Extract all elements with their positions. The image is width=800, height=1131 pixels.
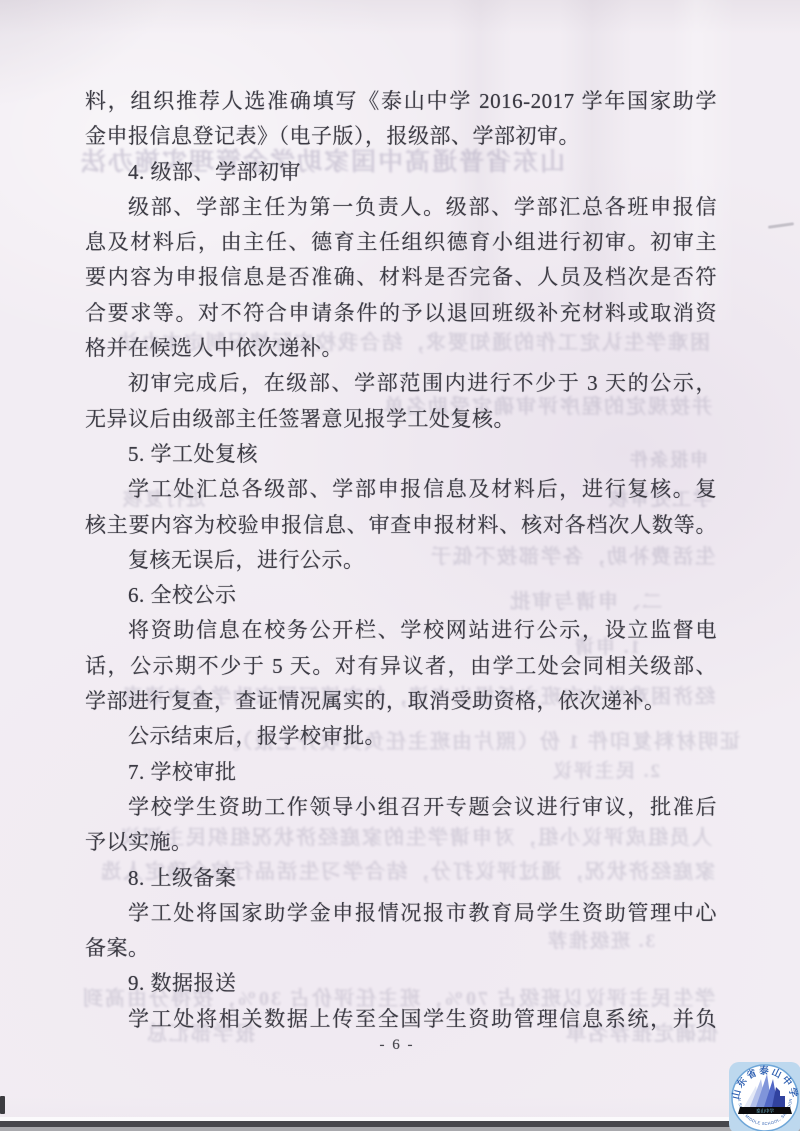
seal-base-text: 泰山中学 [756,1108,774,1115]
page-number: - 6 - [0,1030,794,1060]
text-line: 学校学生资助工作领导小组召开专题会议进行审议，批准后 [85,790,717,825]
text-line: 格并在候选人中依次递补。 [85,331,717,366]
text-line: 5. 学工处复核 [85,437,717,472]
text-line: 9. 数据报送 [85,966,717,1001]
text-line: 话，公示期不少于 5 天。对有异议者，由学工处会同相关级部、 [85,649,717,684]
text-line: 级部、学部主任为第一负责人。级部、学部汇总各班申报信 [85,190,717,225]
text-line: 6. 全校公示 [85,578,717,613]
text-line: 学部进行复查，查证情况属实的，取消受助资格，依次递补。 [85,684,717,719]
school-seal: 山东省泰山中学 TAI SHAN MIDDLE SCHOOL, SHANDONG… [727,1060,800,1131]
text-line: 公示结束后，报学校审批。 [85,719,717,754]
text-line: 核主要内容为校验申报信息、审查申报材料、核对各档次人数等。 [85,508,717,543]
text-line: 金申报信息登记表》（电子版），报级部、学部初审。 [85,119,717,154]
scan-artifact-left [0,1096,5,1114]
school-seal-graphic: 山东省泰山中学 TAI SHAN MIDDLE SCHOOL, SHANDONG… [727,1060,800,1131]
text-line: 息及材料后，由主任、德育主任组织德育小组进行初审。初审主 [85,225,717,260]
text-line: 无异议后由级部主任签署意见报学工处复核。 [85,402,717,437]
text-line: 复核无误后，进行公示。 [85,543,717,578]
scanned-document-page: 山东省普通高中国家助学金管理实施办法困难学生认定工作的通知要求，结合我校实际情况… [0,0,800,1131]
text-line: 要内容为申报信息是否准确、材料是否完备、人员及档次是否符 [85,260,717,295]
text-line: 8. 上级备案 [85,861,717,896]
text-line: 予以实施。 [85,825,717,860]
document-body: 料，组织推荐人选准确填写《泰山中学 2016-2017 学年国家助学金申报信息登… [85,84,717,1037]
text-line: 初审完成后，在级部、学部范围内进行不少于 3 天的公示， [85,366,717,401]
text-line: 将资助信息在校务公开栏、学校网站进行公示，设立监督电 [85,613,717,648]
text-line: 学工处将国家助学金申报情况报市教育局学生资助管理中心 [85,896,717,931]
text-line: 学工处汇总各级部、学部申报信息及材料后，进行复核。复 [85,472,717,507]
text-line: 合要求等。对不符合申请条件的予以退回班级补充材料或取消资 [85,296,717,331]
text-line: 7. 学校审批 [85,755,717,790]
text-line: 料，组织推荐人选准确填写《泰山中学 2016-2017 学年国家助学 [85,84,717,119]
scanner-bed-strip [0,1127,800,1131]
text-line: 4. 级部、学部初审 [85,155,717,190]
text-line: 备案。 [85,931,717,966]
